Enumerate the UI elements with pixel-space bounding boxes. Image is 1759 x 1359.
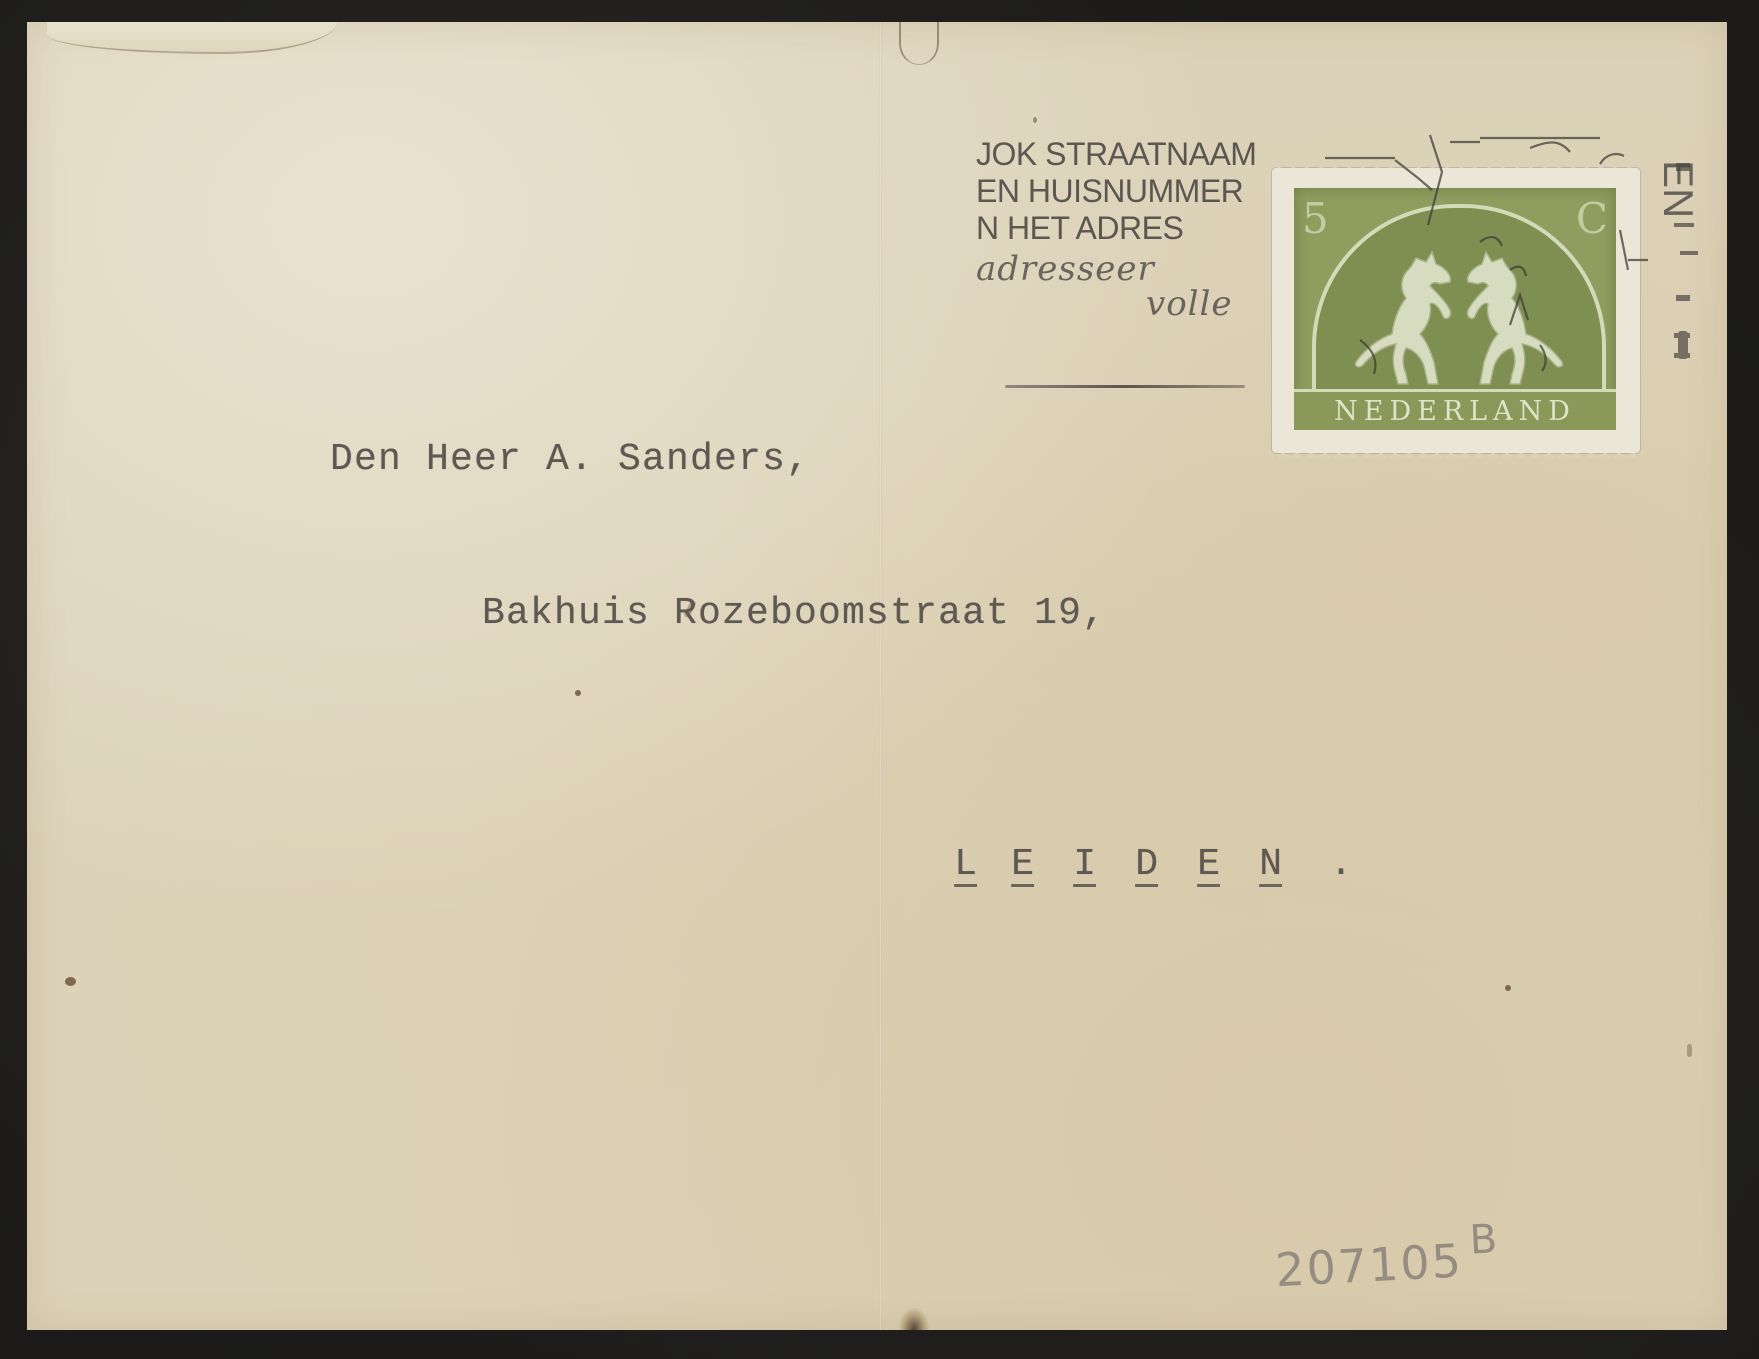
paper-stain — [65, 977, 76, 986]
rearing-horse-icon — [1454, 248, 1574, 398]
slogan-line-2: EN HUISNUMMER — [976, 173, 1256, 210]
street-address: Bakhuis Rozeboomstraat 19, — [482, 592, 1106, 635]
stamp-face: 5 C NEDERLAND — [1294, 188, 1616, 430]
fold-tear-top — [899, 22, 939, 65]
paper-speck — [575, 690, 581, 696]
catalog-suffix: B — [1469, 1216, 1501, 1263]
torn-flap-edge — [47, 22, 337, 54]
city-name: LEIDEN. — [884, 800, 1352, 886]
stamp-value-right: C — [1576, 198, 1608, 240]
ink-speck — [1033, 117, 1037, 123]
city-letter: E — [1178, 843, 1240, 886]
slogan-script-line-1: adresseer — [976, 251, 1256, 288]
postmark-slogan: JOK STRAATNAAM EN HUISNUMMER N HET ADRES… — [976, 136, 1256, 323]
paper-stain — [1687, 1044, 1692, 1057]
city-letter: N — [1240, 843, 1302, 886]
postage-stamp: 5 C NEDERLAND — [1272, 168, 1640, 453]
stamp-value-left: 5 — [1302, 198, 1329, 240]
city-letter: E — [992, 843, 1054, 886]
slogan-script-line-2: volle — [1146, 286, 1256, 323]
stamp-country-label: NEDERLAND — [1294, 389, 1616, 430]
postmark-bar — [1005, 385, 1245, 388]
city-letter: D — [1116, 843, 1178, 886]
rearing-horse-icon — [1344, 248, 1464, 398]
paper-speck — [1505, 985, 1511, 991]
catalog-number-digits: 207105 — [1274, 1233, 1464, 1297]
city-letter: I — [1054, 843, 1116, 886]
catalog-number: 207105B — [1273, 1222, 1501, 1297]
fold-tear-bottom — [899, 1308, 929, 1330]
city-letter: L — [930, 843, 992, 886]
postmark-fragment: EN — [1658, 160, 1698, 218]
center-fold-crease — [879, 22, 882, 1330]
recipient-name: Den Heer A. Sanders, — [330, 438, 810, 481]
city-terminator: . — [1330, 843, 1353, 886]
slogan-line-3: N HET ADRES — [976, 210, 1256, 247]
slogan-line-1: JOK STRAATNAAM — [976, 136, 1256, 173]
stamp-arch-frame — [1312, 204, 1606, 398]
